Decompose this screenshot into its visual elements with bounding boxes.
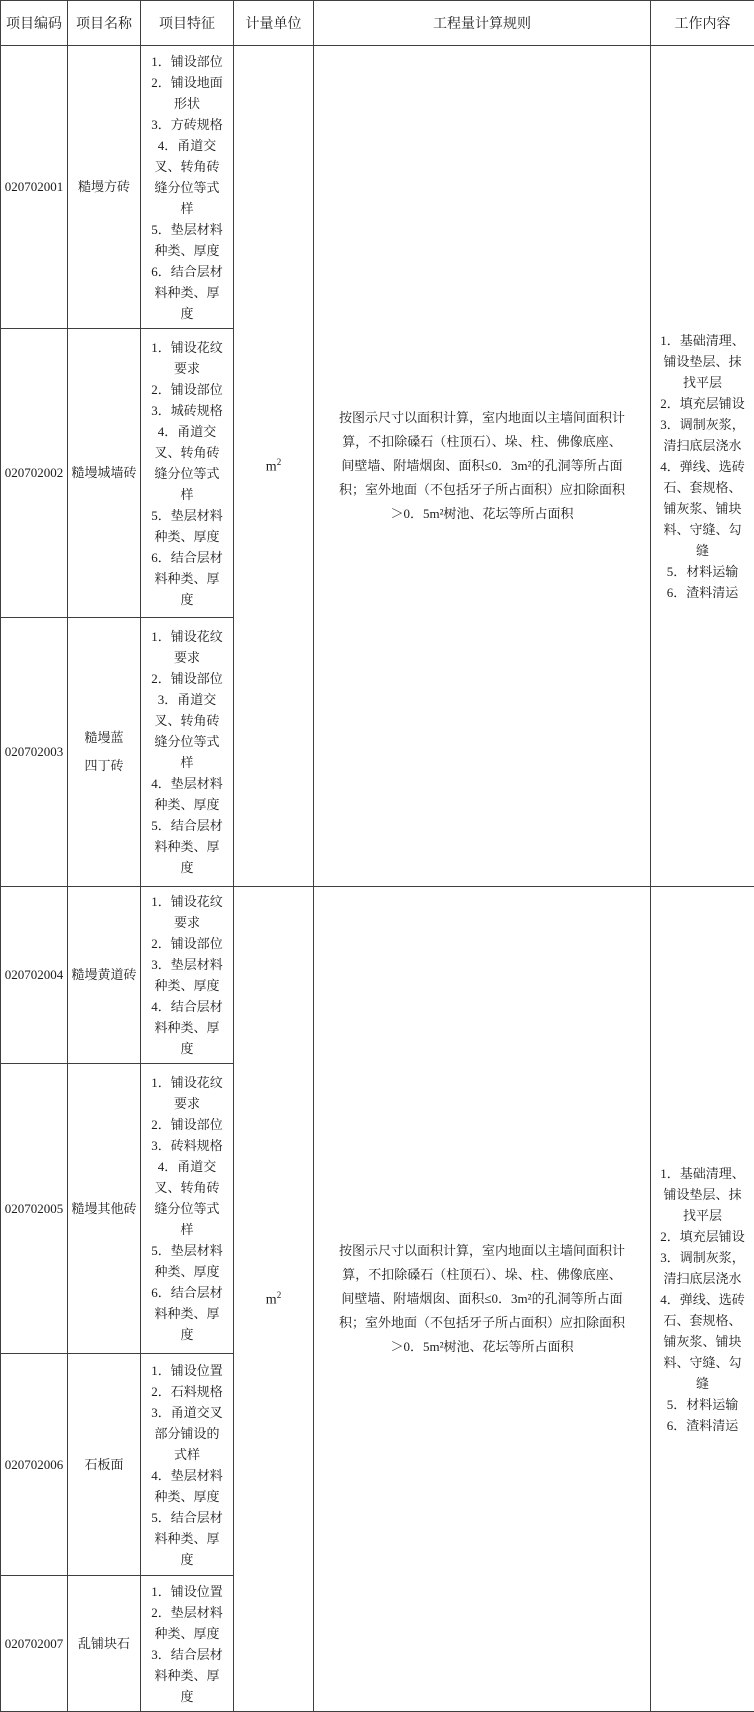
list-item: 2．铺设部位 <box>149 668 225 689</box>
list-item: 3．甬道交叉部分铺设的式样 <box>149 1402 225 1465</box>
unit-superscript: 2 <box>277 1290 282 1300</box>
header-cell-project-features: 项目特征 <box>141 1 234 46</box>
header-cell-unit: 计量单位 <box>234 1 314 46</box>
unit-base: m <box>266 1292 277 1307</box>
list-item: 5．材料运输 <box>659 1394 746 1415</box>
list-item: 3．调制灰浆，清扫底层浇水 <box>659 414 746 456</box>
list-item: 4．结合层材料种类、厚度 <box>149 996 225 1059</box>
cell-work-content: 1．基础清理、铺设垫层、抹找平层2．填充层铺设3．调制灰浆，清扫底层浇水4．弹线… <box>651 887 754 1712</box>
list-item: 4．甬道交叉、转角砖缝分位等式样 <box>149 135 225 219</box>
list-item: 6．结合层材料种类、厚度 <box>149 547 225 610</box>
cell-project-code: 020702004 <box>1 887 68 1064</box>
list-item: 1．铺设位置 <box>149 1581 225 1602</box>
list-item: 1．铺设花纹要求 <box>149 891 225 933</box>
list-item: 2．铺设地面形状 <box>149 72 225 114</box>
table-row: 020702001 糙墁方砖 1．铺设部位2．铺设地面形状3．方砖规格4．甬道交… <box>1 46 754 329</box>
list-item: 2．铺设部位 <box>149 933 225 954</box>
cell-project-code: 020702005 <box>1 1064 68 1354</box>
list-item: 2．填充层铺设 <box>659 1226 746 1247</box>
header-cell-project-name: 项目名称 <box>68 1 141 46</box>
list-item: 1．基础清理、铺设垫层、抹找平层 <box>659 1163 746 1226</box>
list-item: 1．基础清理、铺设垫层、抹找平层 <box>659 330 746 393</box>
cell-project-features: 1．铺设花纹要求2．铺设部位3．城砖规格4．甬道交叉、转角砖缝分位等式样5．垫层… <box>141 329 234 618</box>
list-item: 1．铺设花纹要求 <box>149 1072 225 1114</box>
list-item: 2．石料规格 <box>149 1381 225 1402</box>
list-item: 3．甬道交叉、转角砖缝分位等式样 <box>149 689 225 773</box>
list-item: 1．铺设花纹要求 <box>149 626 225 668</box>
cell-project-name: 糙墁黄道砖 <box>68 887 141 1064</box>
list-item: 6．渣料清运 <box>659 582 746 603</box>
list-item: 3．结合层材料种类、厚度 <box>149 1644 225 1707</box>
cell-unit: m2 <box>234 887 314 1712</box>
unit-base: m <box>266 459 277 474</box>
header-cell-project-code: 项目编码 <box>1 1 68 46</box>
list-item: 3．城砖规格 <box>149 400 225 421</box>
cell-project-features: 1．铺设位置2．垫层材料种类、厚度3．结合层材料种类、厚度 <box>141 1576 234 1712</box>
list-item: 4．甬道交叉、转角砖缝分位等式样 <box>149 421 225 505</box>
list-item: 5．垫层材料种类、厚度 <box>149 1240 225 1282</box>
list-item: 5．垫层材料种类、厚度 <box>149 219 225 261</box>
cell-project-code: 020702003 <box>1 618 68 887</box>
cell-calculation-rule: 按图示尺寸以面积计算，室内地面以主墙间面积计算，不扣除磉石（柱顶石）、垛、柱、佛… <box>314 46 651 887</box>
list-item: 1．铺设花纹要求 <box>149 337 225 379</box>
cell-project-features: 1．铺设花纹要求2．铺设部位3．砖料规格4．甬道交叉、转角砖缝分位等式样5．垫层… <box>141 1064 234 1354</box>
cell-project-features: 1．铺设花纹要求2．铺设部位3．甬道交叉、转角砖缝分位等式样4．垫层材料种类、厚… <box>141 618 234 887</box>
list-item: 5．结合层材料种类、厚度 <box>149 1507 225 1570</box>
list-item: 3．垫层材料种类、厚度 <box>149 954 225 996</box>
list-item: 1．铺设位置 <box>149 1360 225 1381</box>
spec-table: 项目编码 项目名称 项目特征 计量单位 工程量计算规则 工作内容 0207020… <box>0 0 754 1712</box>
cell-calculation-rule: 按图示尺寸以面积计算，室内地面以主墙间面积计算，不扣除磉石（柱顶石）、垛、柱、佛… <box>314 887 651 1712</box>
cell-unit: m2 <box>234 46 314 887</box>
list-item: 2．垫层材料种类、厚度 <box>149 1602 225 1644</box>
list-item: 4．垫层材料种类、厚度 <box>149 1465 225 1507</box>
list-item: 4．垫层材料种类、厚度 <box>149 773 225 815</box>
list-item: 4．甬道交叉、转角砖缝分位等式样 <box>149 1156 225 1240</box>
cell-project-features: 1．铺设部位2．铺设地面形状3．方砖规格4．甬道交叉、转角砖缝分位等式样5．垫层… <box>141 46 234 329</box>
list-item: 5．垫层材料种类、厚度 <box>149 505 225 547</box>
list-item: 5．材料运输 <box>659 561 746 582</box>
list-item: 2．铺设部位 <box>149 379 225 400</box>
list-item: 3．砖料规格 <box>149 1135 225 1156</box>
cell-project-name: 糙墁蓝 四丁砖 <box>68 618 141 887</box>
list-item: 2．填充层铺设 <box>659 393 746 414</box>
list-item: 4．弹线、选砖石、套规格、铺灰浆、铺块料、守缝、勾缝 <box>659 456 746 561</box>
list-item: 3．调制灰浆，清扫底层浇水 <box>659 1247 746 1289</box>
cell-project-code: 020702002 <box>1 329 68 618</box>
header-row: 项目编码 项目名称 项目特征 计量单位 工程量计算规则 工作内容 <box>1 1 754 46</box>
list-item: 5．结合层材料种类、厚度 <box>149 815 225 878</box>
cell-project-code: 020702007 <box>1 1576 68 1712</box>
cell-project-features: 1．铺设位置2．石料规格3．甬道交叉部分铺设的式样4．垫层材料种类、厚度5．结合… <box>141 1354 234 1576</box>
table-row: 020702004 糙墁黄道砖 1．铺设花纹要求2．铺设部位3．垫层材料种类、厚… <box>1 887 754 1064</box>
cell-project-name: 石板面 <box>68 1354 141 1576</box>
header-cell-work-content: 工作内容 <box>651 1 754 46</box>
unit-superscript: 2 <box>277 457 282 467</box>
list-item: 4．弹线、选砖石、套规格、铺灰浆、铺块料、守缝、勾缝 <box>659 1289 746 1394</box>
cell-project-name: 乱铺块石 <box>68 1576 141 1712</box>
header-cell-calculation-rule: 工程量计算规则 <box>314 1 651 46</box>
cell-project-features: 1．铺设花纹要求2．铺设部位3．垫层材料种类、厚度4．结合层材料种类、厚度 <box>141 887 234 1064</box>
list-item: 6．结合层材料种类、厚度 <box>149 261 225 324</box>
cell-work-content: 1．基础清理、铺设垫层、抹找平层2．填充层铺设3．调制灰浆，清扫底层浇水4．弹线… <box>651 46 754 887</box>
list-item: 6．渣料清运 <box>659 1415 746 1436</box>
cell-project-name: 糙墁城墙砖 <box>68 329 141 618</box>
list-item: 6．结合层材料种类、厚度 <box>149 1282 225 1345</box>
list-item: 3．方砖规格 <box>149 114 225 135</box>
cell-project-code: 020702006 <box>1 1354 68 1576</box>
cell-project-name: 糙墁方砖 <box>68 46 141 329</box>
list-item: 1．铺设部位 <box>149 51 225 72</box>
cell-project-name: 糙墁其他砖 <box>68 1064 141 1354</box>
list-item: 2．铺设部位 <box>149 1114 225 1135</box>
cell-project-code: 020702001 <box>1 46 68 329</box>
